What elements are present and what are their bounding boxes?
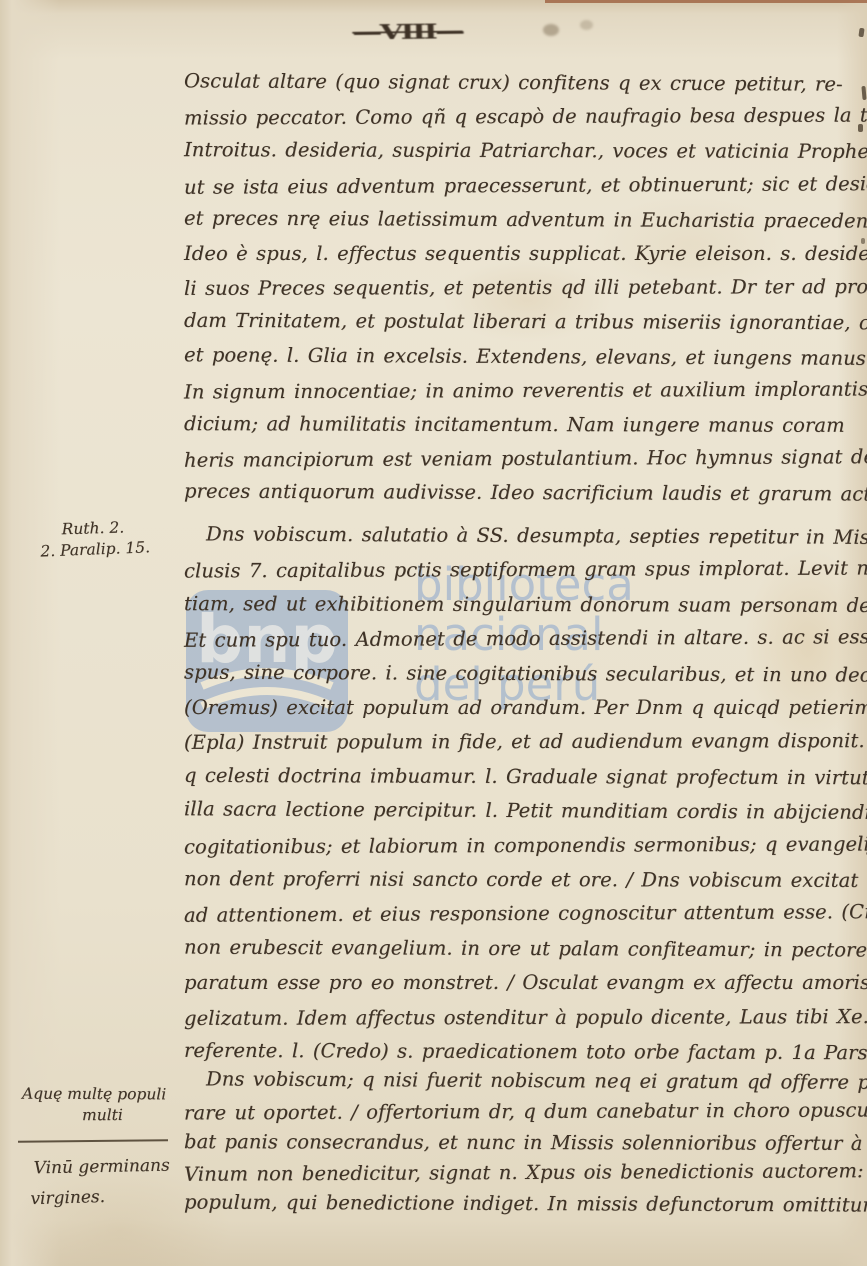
manuscript-line: illa sacra lectione percipitur. l. Petit…: [184, 793, 852, 831]
manuscript-line: Vinum non benedicitur, signat n. Xpus oi…: [184, 1157, 852, 1191]
manuscript-line: gelizatum. Idem affectus ostenditur à po…: [184, 1000, 852, 1036]
margin-note-aquae: Aquę multę populimulti: [22, 1084, 166, 1126]
manuscript-line: (Epla) Instruit populum in fide, et ad a…: [184, 725, 852, 761]
manuscript-line: preces antiquorum audivisse. Ideo sacrif…: [184, 475, 852, 512]
manuscript-line: (Oremus) excitat populum ad orandum. Per…: [184, 691, 852, 725]
manuscript-scan: { "page": { "header_mark": "—VIII—", "in…: [0, 0, 867, 1266]
manuscript-line: bat panis consecrandus, et nunc in Missi…: [184, 1127, 852, 1160]
manuscript-line: Vinū germinans: [33, 1151, 170, 1184]
manuscript-line: dam Trinitatem, et postulat liberari a t…: [184, 304, 852, 341]
manuscript-line: cogitationibus; et labiorum in componend…: [184, 827, 852, 864]
manuscript-line: spus, sine corpore. i. sine cogitationib…: [184, 655, 852, 692]
manuscript-line: virgines.: [30, 1180, 171, 1214]
manuscript-line: 2. Paralip. 15.: [40, 537, 150, 562]
manuscript-line: dicium; ad humilitatis incitamentum. Nam…: [184, 407, 852, 443]
manuscript-line: Osculat altare (quo signat crux) confite…: [184, 64, 852, 102]
margin-note-divider: [18, 1139, 168, 1143]
manuscript-line: Introitus. desideria, suspiria Patriarch…: [184, 134, 852, 170]
manuscript-line: Ideo è spus, l. effectus sequentis suppl…: [184, 237, 852, 271]
manuscript-line: multi: [82, 1105, 166, 1126]
manuscript-line: et poenę. l. Glia in excelsis. Extendens…: [184, 338, 852, 376]
margin-note-citation: Ruth. 2.2. Paralip. 15.: [61, 516, 150, 561]
manuscript-paragraph-1: Osculat altare (quo signat crux) confite…: [184, 66, 852, 511]
manuscript-paragraph-3: Dns vobiscum; q nisi fuerit nobiscum neq…: [184, 1066, 852, 1220]
manuscript-line: Aquę multę populi: [22, 1084, 166, 1106]
manuscript-line: missio peccator. Como qñ q escapò de nau…: [184, 99, 852, 136]
manuscript-line: Dns vobiscum; q nisi fuerit nobiscum neq…: [184, 1064, 852, 1098]
manuscript-line: In signum innocentiae; in animo reverent…: [184, 372, 852, 409]
manuscript-line: clusis 7. capitalibus pctis septiformem …: [184, 552, 852, 589]
manuscript-line: ut se ista eius adventum praecesserunt, …: [184, 167, 852, 205]
manuscript-line: non erubescit evangelium. in ore ut pala…: [184, 930, 852, 967]
manuscript-line: ad attentionem. et eius responsione cogn…: [184, 896, 852, 934]
margin-note-vinum: Vinū germinansvirgines.: [33, 1150, 171, 1214]
manuscript-line: paratum esse pro eo monstret. / Osculat …: [184, 966, 852, 1000]
scan-edge-mark: [861, 86, 866, 100]
manuscript-line: q celesti doctrina imbuamur. l. Graduale…: [184, 759, 852, 796]
scan-edge-top: [545, 0, 867, 3]
manuscript-line: rare ut oportet. / offertorium dr, q dum…: [184, 1095, 852, 1129]
manuscript-line: et preces nrę eius laetissimum adventum …: [184, 201, 852, 238]
manuscript-line: heris mancipiorum est veniam postulantiu…: [184, 440, 852, 478]
scan-edge-mark: [858, 28, 864, 38]
manuscript-line: populum, qui benedictione indiget. In mi…: [184, 1188, 852, 1222]
manuscript-line: tiam, sed ut exhibitionem singularium do…: [184, 587, 852, 623]
manuscript-line: Et cum spu tuo. Admonet de modo assisten…: [184, 620, 852, 658]
obliterated-page-mark: —VIII—: [352, 17, 615, 46]
manuscript-paragraph-2: Dns vobiscum. salutatio à SS. desumpta, …: [184, 519, 852, 1070]
manuscript-line: non dent proferri nisi sancto corde et o…: [184, 862, 852, 898]
manuscript-line: li suos Preces sequentis, et petentis qd…: [184, 270, 852, 306]
manuscript-line: Dns vobiscum. salutatio à SS. desumpta, …: [184, 517, 852, 555]
